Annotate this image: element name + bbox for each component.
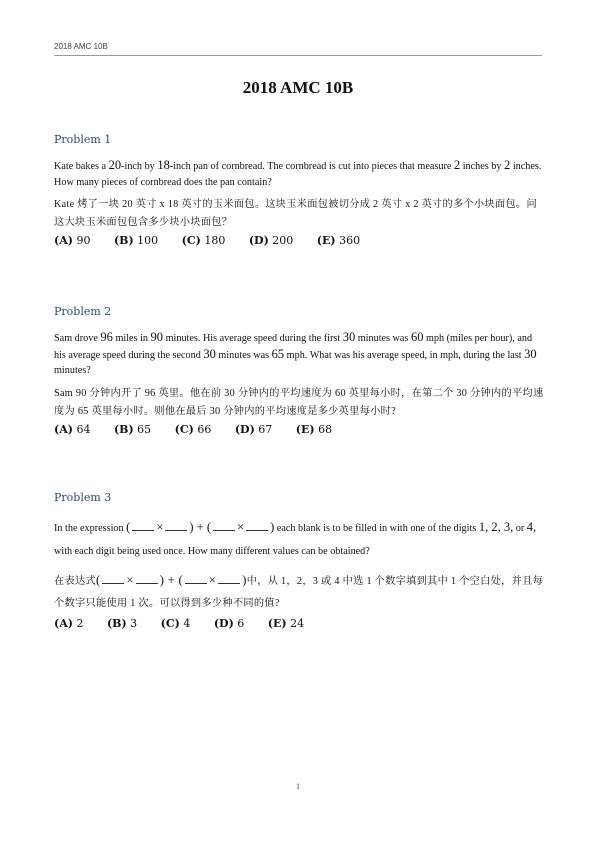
choice-a: (A) 90 xyxy=(54,234,90,247)
problem-text-en: In the expression (×) + (×) each blank i… xyxy=(54,516,544,563)
expression: (×) + (×) xyxy=(96,573,247,587)
answer-choices: (A) 64 (B) 65 (C) 66 (D) 67 (E) 68 xyxy=(54,423,544,436)
problem-text-en: Sam drove 96 miles in 90 minutes. His av… xyxy=(54,330,544,379)
choice-b: (B) 3 xyxy=(107,617,137,630)
problem-text-zh: Sam 90 分钟内开了 96 英里。他在前 30 分钟内的平均速度为 60 英… xyxy=(54,385,544,421)
blank xyxy=(102,575,124,584)
choice-d: (D) 200 xyxy=(249,234,293,247)
problem-3: Problem 3 In the expression (×) + (×) ea… xyxy=(54,491,544,630)
choice-d: (D) 67 xyxy=(235,423,272,436)
choice-a: (A) 2 xyxy=(54,617,83,630)
problem-text-zh: 在表达式(×) + (×)中，从 1，2，3 或 4 中选 1 个数字填到其中 … xyxy=(54,569,544,615)
problem-1: Problem 1 Kate bakes a 20-inch by 18-inc… xyxy=(54,133,544,247)
problem-title: Problem 1 xyxy=(54,133,544,146)
blank xyxy=(218,575,240,584)
problem-text-zh: Kate 烤了一块 20 英寸 x 18 英寸的玉米面包。这块玉米面包被切分成 … xyxy=(54,196,544,232)
blank xyxy=(132,522,154,531)
problem-text-en: Kate bakes a 20-inch by 18-inch pan of c… xyxy=(54,158,544,190)
page-number: 1 xyxy=(0,782,596,791)
answer-choices: (A) 90 (B) 100 (C) 180 (D) 200 (E) 360 xyxy=(54,234,544,247)
blank xyxy=(185,575,207,584)
blank xyxy=(165,522,187,531)
header-rule xyxy=(54,55,542,56)
choice-d: (D) 6 xyxy=(214,617,244,630)
choice-c: (C) 4 xyxy=(161,617,191,630)
expression: (×) + (×) xyxy=(126,520,274,534)
choice-e: (E) 24 xyxy=(268,617,304,630)
choice-c: (C) 180 xyxy=(182,234,226,247)
choice-e: (E) 68 xyxy=(296,423,332,436)
blank xyxy=(213,522,235,531)
page-title: 2018 AMC 10B xyxy=(0,78,596,98)
problem-title: Problem 3 xyxy=(54,491,544,504)
choice-a: (A) 64 xyxy=(54,423,90,436)
choice-b: (B) 65 xyxy=(114,423,151,436)
running-header: 2018 AMC 10B xyxy=(54,42,108,51)
problem-title: Problem 2 xyxy=(54,305,544,318)
choice-e: (E) 360 xyxy=(317,234,360,247)
choice-b: (B) 100 xyxy=(114,234,158,247)
choice-c: (C) 66 xyxy=(175,423,212,436)
blank xyxy=(246,522,268,531)
problem-2: Problem 2 Sam drove 96 miles in 90 minut… xyxy=(54,305,544,436)
blank xyxy=(136,575,158,584)
answer-choices: (A) 2 (B) 3 (C) 4 (D) 6 (E) 24 xyxy=(54,617,544,630)
